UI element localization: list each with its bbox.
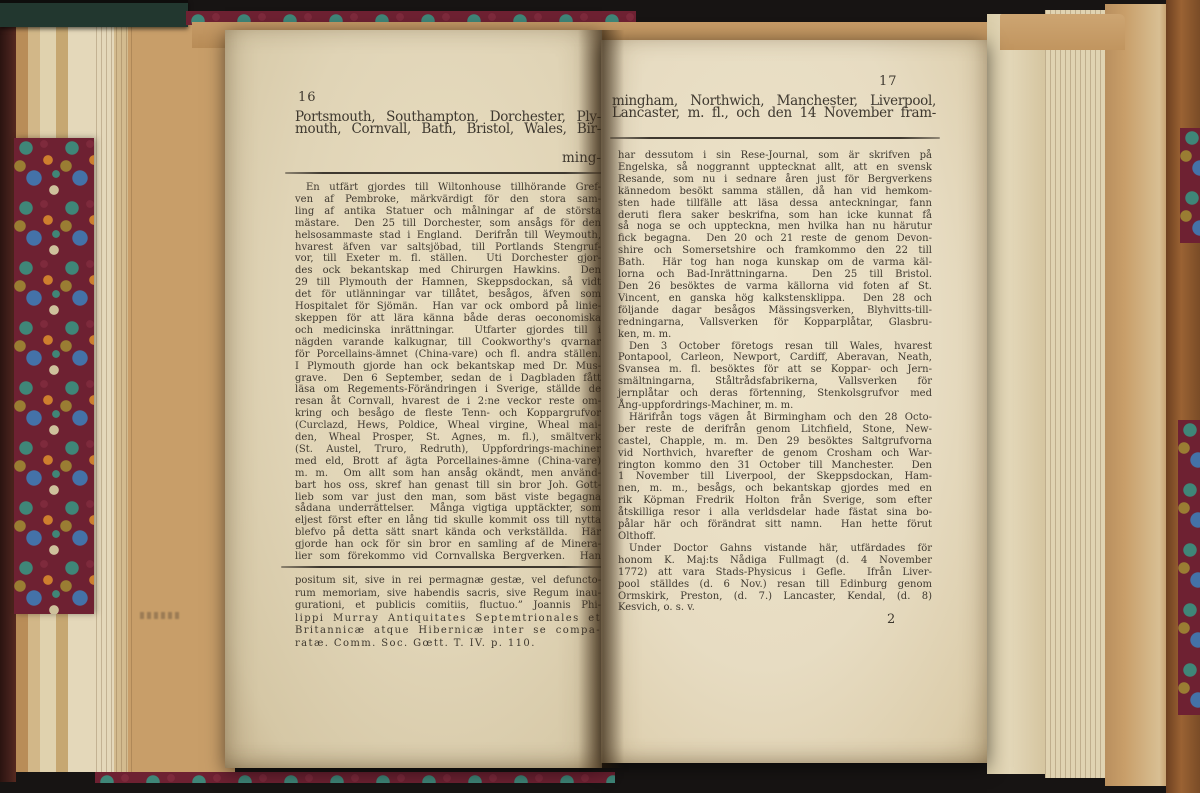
text-line: 1 November till Liverpool, der Skeppsdoc… bbox=[618, 471, 932, 483]
text-line: vor, till Exeter m. fl. ställen. Uti Dor… bbox=[295, 253, 601, 265]
left-rule-top bbox=[285, 172, 603, 174]
text-line: det för utlänningar var tillåtet, besågo… bbox=[295, 289, 601, 301]
signature-mark: 2 bbox=[887, 612, 896, 627]
text-line: nen, m. m., besågs, och bekantskap gjord… bbox=[618, 483, 932, 495]
marbled-bottom-edge bbox=[95, 772, 615, 783]
text-line: rington kommo den 31 October till Manche… bbox=[618, 460, 932, 472]
text-line: positum sit, sive in rei permagnæ gestæ,… bbox=[295, 575, 601, 588]
page-stack-right-inner bbox=[987, 14, 1045, 774]
text-line: ber reste de derifrån genom Litchfield, … bbox=[618, 424, 932, 436]
text-line: ling af antika Statuer och målningar af … bbox=[295, 206, 601, 218]
turned-page-corner bbox=[1000, 14, 1125, 50]
text-line: Vincent, en ganska hög kalkstensklippa. … bbox=[618, 293, 932, 305]
text-line: rum memoriam, sive habendis sacris, sive… bbox=[295, 588, 601, 601]
text-line: lieb som var just den man, som bäst vist… bbox=[295, 492, 601, 504]
page-stack-left-edges bbox=[96, 24, 136, 772]
text-line: kännedom besökt samma ställen, då han vi… bbox=[618, 186, 932, 198]
text-line: Härifrån togs vägen åt Birmingham och de… bbox=[618, 412, 932, 424]
text-line: Hospitalet för Sjömän. Han var ock ombor… bbox=[295, 301, 601, 313]
right-rule-top bbox=[610, 137, 940, 139]
text-line: skeppen för att lära känna både deras oe… bbox=[295, 313, 601, 325]
text-line: kring och besågo de fleste Tenn- och Kop… bbox=[295, 408, 601, 420]
left-heading: Portsmouth, Southampton, Dorchester, Ply… bbox=[295, 112, 601, 136]
text-line: lorna och Bad-Inrättningarna. Den 25 til… bbox=[618, 269, 932, 281]
text-line: mouth, Cornvall, Bath, Bristol, Wales, B… bbox=[295, 124, 601, 136]
text-line: mästare. Den 25 till Dorchester, som ans… bbox=[295, 218, 601, 230]
text-line: hvarest äfven var saltsjöbad, till Portl… bbox=[295, 242, 601, 254]
text-line: m. m. Om allt som han ansåg okändt, men … bbox=[295, 468, 601, 480]
text-line: Svansea m. fl. besöktes för att se Koppa… bbox=[618, 364, 932, 376]
text-line: och medicinska inrättningar. Utfarter gj… bbox=[295, 325, 601, 337]
text-line: Lancaster, m. fl., och den 14 November f… bbox=[612, 108, 936, 120]
page-stack-right-edges bbox=[1045, 10, 1105, 778]
text-line: resan åt Cornvall, hvarest de i 2:ne vec… bbox=[295, 396, 601, 408]
text-line: Britannicæ atque Hibernicæ inter se comp… bbox=[295, 625, 601, 638]
marbled-fragment-right-bottom bbox=[1178, 420, 1200, 715]
text-line: 29 till Plymouth der Hamnen, Skeppsdocka… bbox=[295, 277, 601, 289]
right-heading: mingham, Northwich, Manchester, Liverpoo… bbox=[612, 96, 936, 120]
text-line: redningarna, Vallsverken för Kopparplåta… bbox=[618, 317, 932, 329]
text-line: rik Köpman Fredrik Holton från Sverige, … bbox=[618, 495, 932, 507]
text-line: följande dagar besågos Mässingsverken, B… bbox=[618, 305, 932, 317]
text-line: sådana underrättelser. Många vigtiga upp… bbox=[295, 503, 601, 515]
left-page: 16 Portsmouth, Southampton, Dorchester, … bbox=[225, 30, 602, 768]
page-number-right: 17 bbox=[879, 74, 898, 89]
text-line: deruti flera saker beskrifna, som han ic… bbox=[618, 210, 932, 222]
text-line: Den 3 October företogs resan till Wales,… bbox=[618, 341, 932, 353]
left-note-text: En utfärt gjordes till Wiltonhouse tillh… bbox=[295, 182, 601, 563]
text-line: har dessutom i sin Rese-Journal, som är … bbox=[618, 150, 932, 162]
text-line: jernplåtar och deras förtenning, Stenkol… bbox=[618, 388, 932, 400]
text-line: Ång-uppfordrings-Machiner, m. m. bbox=[618, 400, 932, 412]
book-gutter-shadow bbox=[578, 30, 624, 768]
page-stack-right-outer bbox=[1105, 4, 1169, 786]
text-line: (Curclazd, Hews, Poldice, Wheal virgine,… bbox=[295, 420, 601, 432]
text-line: Pontapool, Carleon, Newport, Cardiff, Ab… bbox=[618, 352, 932, 364]
text-line: ven af Pembroke, märkvärdigt för den sto… bbox=[295, 194, 601, 206]
left-footnote: positum sit, sive in rei permagnæ gestæ,… bbox=[295, 575, 601, 650]
text-line: honom K. Maj:ts Nådiga Fullmagt (d. 4 No… bbox=[618, 555, 932, 567]
text-line: Ormskirk, Preston, (d. 7.) Lancaster, Ke… bbox=[618, 591, 932, 603]
marbled-fragment-right-top bbox=[1180, 128, 1200, 243]
text-line: Den 26 besöktes de varma källorna vid fo… bbox=[618, 281, 932, 293]
text-line: grave. Den 6 September, sedan de i Dagbl… bbox=[295, 373, 601, 385]
text-line: åtskilliga resor i alla verldsdelar hade… bbox=[618, 507, 932, 519]
text-line: nägden varande kalkugnar, till Cookworth… bbox=[295, 337, 601, 349]
text-line: eljest först efter en lång tid skulle ko… bbox=[295, 515, 601, 527]
text-line: Bath. Här tog han noga kunskap om de var… bbox=[618, 257, 932, 269]
text-line: shire och Somersetshire och framkommo de… bbox=[618, 245, 932, 257]
text-line: En utfärt gjordes till Wiltonhouse tillh… bbox=[295, 182, 601, 194]
text-line: Olthoff. bbox=[618, 531, 932, 543]
right-page: 17 mingham, Northwich, Manchester, Liver… bbox=[601, 40, 987, 763]
text-line: gjorde han ock för sin bror en samling a… bbox=[295, 539, 601, 551]
underpage-text-smudge bbox=[140, 612, 182, 619]
text-line: gurationi, et publicis comitiis, fluctuo… bbox=[295, 600, 601, 613]
text-line: så noga se och uppteckna, men hvilka han… bbox=[618, 221, 932, 233]
book-photograph: 16 Portsmouth, Southampton, Dorchester, … bbox=[0, 0, 1200, 793]
text-line: lier som förekommo vid Cornvallska Bergv… bbox=[295, 551, 601, 563]
marbled-endpaper-left bbox=[14, 138, 94, 614]
left-rule-footnote bbox=[281, 566, 603, 568]
text-line: I Plymouth gjorde han ock bekantskap med… bbox=[295, 361, 601, 373]
text-line: smältningarna, Ståltrådsfabrikerna, Vall… bbox=[618, 376, 932, 388]
text-line: med eld, Brott af ägta Porcellaines-ämne… bbox=[295, 456, 601, 468]
text-line: pool ställdes (d. 6 Nov.) resan till Edi… bbox=[618, 579, 932, 591]
text-line: ken, m. m. bbox=[618, 329, 932, 341]
text-line: ratæ. Comm. Soc. Gœtt. T. IV. p. 110. bbox=[295, 638, 601, 651]
text-line: blefvo på detta sätt snart kända och ver… bbox=[295, 527, 601, 539]
text-line: lippi Murray Antiquitates Septemtrionale… bbox=[295, 613, 601, 626]
text-line: den, Wheal Prosper, St. Agnes, m. fl.), … bbox=[295, 432, 601, 444]
text-line: fick begagna. Den 20 och 21 reste de gen… bbox=[618, 233, 932, 245]
text-line: 1772) att vara Stads-Physicus i Gefle. I… bbox=[618, 567, 932, 579]
text-line: för Porcellains-ämnet (China-vare) och f… bbox=[295, 349, 601, 361]
text-line: des ock bekantskap med Chirurgen Hawkins… bbox=[295, 265, 601, 277]
right-body-text: har dessutom i sin Rese-Journal, som är … bbox=[618, 150, 932, 614]
text-line: läsa om Regements-Förändringen i Sverige… bbox=[295, 384, 601, 396]
text-line: (St. Austel, Truro, Redruth), Uppfordrin… bbox=[295, 444, 601, 456]
text-line: pålar här och förändrat sitt namn. Han h… bbox=[618, 519, 932, 531]
text-line: Kesvich, o. s. v. bbox=[618, 602, 932, 614]
text-line: Resande, som nu i sednare åren just för … bbox=[618, 174, 932, 186]
top-left-cover-corner bbox=[0, 0, 188, 27]
text-line: vid Northvich, hvarefter de genom Crosha… bbox=[618, 448, 932, 460]
text-line: helsosammaste stad i England. Derifrån t… bbox=[295, 230, 601, 242]
page-number-left: 16 bbox=[298, 90, 317, 105]
text-line: castel, Chapple, m. m. Den 29 besöktes S… bbox=[618, 436, 932, 448]
text-line: sten hade tillfälle att läsa dessa antec… bbox=[618, 198, 932, 210]
text-line: Engelska, så noggrannt upptecknat allt, … bbox=[618, 162, 932, 174]
text-line: Under Doctor Gahns vistande här, utfärda… bbox=[618, 543, 932, 555]
left-heading-catchword: ming- bbox=[295, 150, 605, 166]
text-line: bart hos oss, skref han genast till sin … bbox=[295, 480, 601, 492]
